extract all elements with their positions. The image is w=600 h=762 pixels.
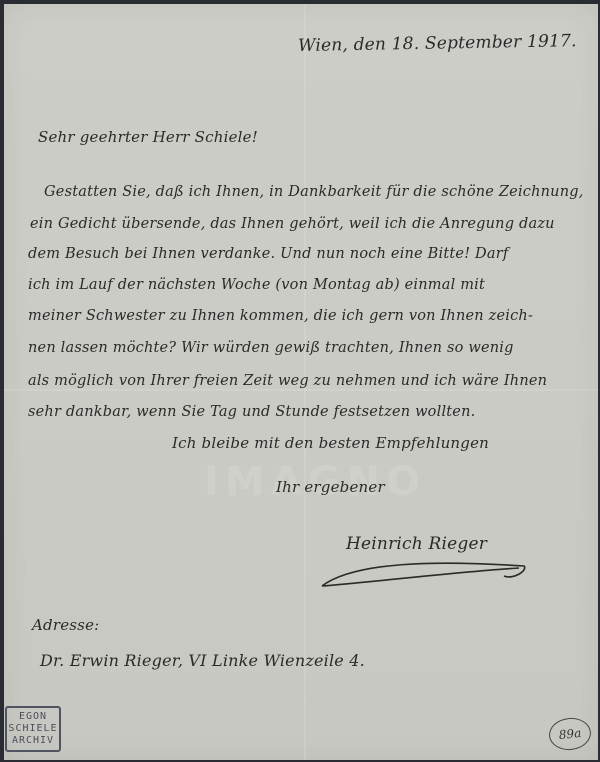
horizontal-fold-line bbox=[4, 389, 598, 391]
address: Dr. Erwin Rieger, VI Linke Wienzeile 4. bbox=[40, 651, 365, 670]
body-line: sehr dankbar, wenn Sie Tag und Stunde fe… bbox=[28, 404, 475, 420]
date-line: Wien, den 18. September 1917. bbox=[298, 31, 577, 56]
body-line: ein Gedicht übersende, das Ihnen gehört,… bbox=[30, 216, 555, 232]
body-line: nen lassen möchte? Wir würden gewiß trac… bbox=[28, 340, 514, 356]
valediction: Ihr ergebener bbox=[276, 478, 385, 496]
body-line: als möglich von Ihrer freien Zeit weg zu… bbox=[28, 373, 547, 389]
body-line: ich im Lauf der nächsten Woche (von Mont… bbox=[28, 277, 485, 293]
signature-flourish-icon bbox=[314, 552, 534, 592]
stamp-line: SCHIELE bbox=[7, 723, 59, 735]
body-line: meiner Schwester zu Ihnen kommen, die ic… bbox=[28, 308, 533, 324]
stamp-line: EGON bbox=[7, 711, 59, 723]
stamp-line: ARCHIV bbox=[7, 735, 59, 747]
address-label: Adresse: bbox=[32, 616, 99, 634]
closing: Ich bleibe mit den besten Empfehlungen bbox=[172, 434, 489, 452]
signature: Heinrich Rieger bbox=[346, 534, 487, 554]
body-line: dem Besuch bei Ihnen verdanke. Und nun n… bbox=[28, 246, 508, 262]
salutation: Sehr geehrter Herr Schiele! bbox=[38, 128, 258, 146]
body-line: Gestatten Sie, daß ich Ihnen, in Dankbar… bbox=[44, 184, 584, 200]
letter-sheet: IMAGNO Wien, den 18. September 1917. Seh… bbox=[4, 4, 598, 760]
archive-stamp: EGON SCHIELE ARCHIV bbox=[5, 706, 61, 752]
